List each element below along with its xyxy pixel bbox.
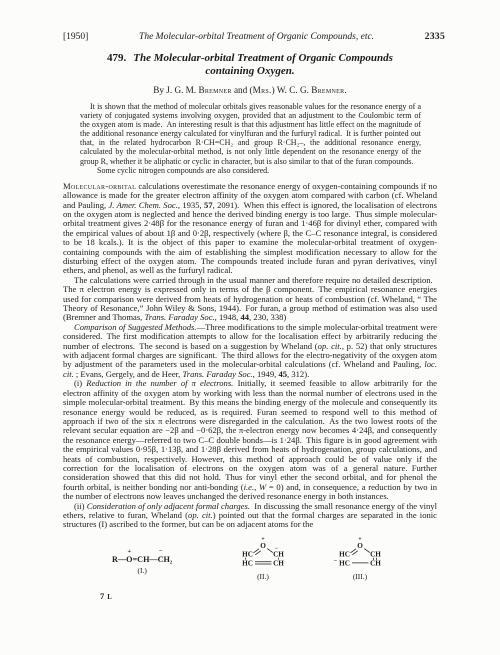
formula-segment: H₂ (164, 555, 173, 564)
paragraph-method-ii: (ii) Consideration of only adjacent form… (63, 502, 437, 530)
printer-signature: 7L (100, 591, 500, 601)
running-head-year: [1950] (63, 32, 88, 43)
paragraph-comparison-of-methods: Comparison of Suggested Methods.—Three m… (63, 323, 437, 379)
atom-symbol: C (158, 555, 164, 564)
carbon-atom: −C (158, 555, 164, 565)
running-header: [1950] The Molecular-orbital Treatment o… (63, 32, 445, 43)
structure-I-vinyl-ether: R—+O=CH—−CH₂ (I.) (112, 555, 172, 575)
article-body: Molecular-orbital calculations overestim… (63, 182, 437, 530)
article-title-line1: 479.The Molecular-orbital Treatment of O… (0, 52, 500, 65)
carbon-top-left: HC (242, 550, 253, 558)
article-number: 479. (107, 52, 126, 64)
article-title-line2: containing Oxygen. (0, 65, 500, 78)
running-head-title: The Molecular-orbital Treatment of Organ… (88, 32, 424, 43)
oxygen-atom: O (260, 542, 266, 550)
formula-segment: R— (112, 555, 126, 564)
structure-I-label: (I.) (112, 566, 172, 575)
signature-number: 7 (100, 591, 104, 601)
plus-charge: + (127, 549, 131, 556)
carbon-bottom-right: CH (370, 559, 381, 567)
oxygen-atom: O (357, 542, 363, 550)
paragraph-calculations: The calculations were carried through in… (63, 276, 437, 323)
abstract-paragraph: It is shown that the method of molecular… (80, 102, 421, 166)
structure-II-furan-ring: + O − HC CH HC CH (II.) (238, 535, 288, 581)
minus-charge: − (334, 558, 338, 564)
article-title-text: The Molecular-orbital Treatment of Organ… (133, 52, 393, 64)
carbon-bottom-left: HC (242, 559, 253, 567)
abstract: It is shown that the method of molecular… (80, 102, 421, 175)
carbon-bottom-left: HC (339, 559, 350, 567)
furan-ring-diagram-ii: + O − HC CH HC CH (238, 535, 288, 571)
signature-letter: L (107, 594, 112, 601)
journal-page: [1950] The Molecular-orbital Treatment o… (0, 0, 500, 655)
atom-symbol: O (126, 555, 132, 564)
carbon-top-right: CH (370, 550, 381, 558)
chemical-structures-row: R—+O=CH—−CH₂ (I.) + O − HC CH HC (0, 535, 500, 585)
formula-segment: =CH— (132, 555, 157, 564)
byline: By J. G. M. Bremner and (Mrs.) W. C. G. … (0, 85, 500, 95)
carbon-bottom-right: CH (273, 559, 284, 567)
structure-II-label: (II.) (238, 572, 288, 581)
running-head-page-number: 2335 (425, 32, 445, 43)
paragraph-method-i: (i) Reduction in the number of π electro… (63, 379, 437, 501)
structure-III-furan-ring: + O HC CH − HC CH (III.) (332, 535, 388, 581)
abstract-note: Some cyclic nitrogen compounds are also … (80, 166, 421, 175)
furan-ring-diagram-iii: + O HC CH − HC CH (332, 535, 388, 571)
carbon-top-left: HC (339, 550, 350, 558)
carbon-top-right: CH (273, 550, 284, 558)
minus-charge: − (159, 549, 163, 556)
paragraph-intro: Molecular-orbital calculations overestim… (63, 182, 437, 276)
oxygen-atom: +O (126, 555, 132, 565)
structure-III-label: (III.) (332, 572, 388, 581)
structure-I-formula: R—+O=CH—−CH₂ (112, 555, 172, 565)
